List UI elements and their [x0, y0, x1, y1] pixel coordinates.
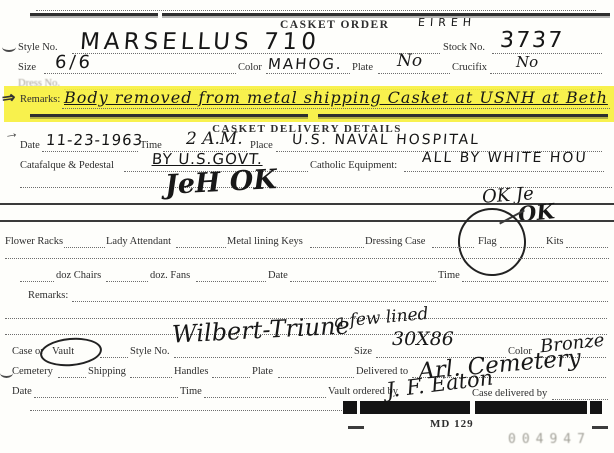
top-rule-left — [30, 13, 158, 16]
vault-style-label: Style No. — [130, 346, 170, 357]
footer-dash-right — [592, 426, 608, 429]
doz-chairs-blank — [106, 269, 148, 282]
delivery-date-value: 11-23-1963 — [45, 131, 143, 149]
approval-scrawl-center: JeH OK — [164, 164, 277, 201]
size-label: Size — [18, 62, 36, 73]
delivered-to-label: Delivered to — [356, 366, 408, 377]
bottom-dotted-line — [30, 398, 342, 411]
case-delivered-by-label: Case delivered by — [472, 388, 547, 399]
solid-rule-2 — [0, 220, 614, 222]
section-rule-left — [30, 114, 308, 117]
vault-plate-label: Plate — [252, 366, 273, 377]
flag-ok-scrawl: OK — [517, 198, 556, 227]
catafalque-label: Catafalque & Pedestal — [20, 160, 114, 171]
cemetery-label: Cemetery — [12, 366, 53, 377]
case-vault-blank — [100, 345, 128, 358]
stock-no-label: Stock No. — [443, 42, 485, 53]
form-title-annotation: EIREH — [418, 16, 477, 29]
plate-label: Plate — [352, 62, 373, 73]
color-label: Color — [238, 62, 262, 73]
vault-circle-annotation — [39, 335, 103, 368]
section-rule-right — [318, 114, 608, 117]
top-rule-right — [162, 13, 610, 16]
remarks-value: Body removed from metal shipping Casket … — [64, 88, 608, 107]
vault-date-label: Date — [12, 386, 32, 397]
remarks-arrow-icon: ⇒ — [1, 87, 17, 109]
style-no-label: Style No. — [18, 42, 58, 53]
cemetery-blank — [58, 365, 86, 378]
archive-stamp-number: 004947 — [508, 432, 591, 447]
top-dotted-rule — [36, 0, 596, 11]
style-no-value: MARSELLUS 710 — [79, 29, 321, 55]
shipping-blank — [130, 365, 172, 378]
vault-size-label: Size — [354, 346, 372, 357]
case-or-label: Case or — [12, 346, 44, 357]
delivery-date2-blank — [290, 269, 436, 282]
vault-time-label: Time — [180, 386, 202, 397]
stock-no-value: 3737 — [499, 28, 565, 53]
delivery-time2-label: Time — [438, 270, 460, 281]
remarks-label: Remarks: — [20, 94, 60, 105]
redaction-bar-1 — [343, 401, 357, 414]
handles-label: Handles — [174, 366, 208, 377]
doz-fans-blank — [196, 269, 266, 282]
delivery-remarks-blank — [72, 289, 608, 302]
date-arrow-icon: → — [3, 125, 21, 144]
doz-chairs-label: doz Chairs — [56, 270, 101, 281]
catholic-equipment-label: Catholic Equipment: — [310, 160, 397, 171]
crucifix-blank — [490, 61, 602, 74]
vault-time-blank — [204, 385, 326, 398]
form-number: MD 129 — [430, 418, 474, 430]
vault-plate-blank — [278, 365, 354, 378]
delivery-date-label: Date — [20, 140, 40, 151]
doz-fans-label: doz. Fans — [150, 270, 190, 281]
redaction-bar-4 — [590, 401, 602, 414]
delivery-place-value: U.S. NAVAL HOSPITAL — [291, 132, 480, 148]
case-delivered-by-blank — [552, 387, 608, 400]
delivery-date2-label: Date — [268, 270, 288, 281]
delivery-remarks-label: Remarks: — [28, 290, 68, 301]
delivery-time2-blank — [462, 269, 608, 282]
handles-blank — [212, 365, 250, 378]
scanned-casket-order-form: CASKET ORDER EIREH Style No. Stock No. M… — [0, 0, 614, 453]
delivery-time-value: 2 A.M. — [186, 129, 243, 149]
vault-date-blank — [34, 385, 178, 398]
redaction-bar-3 — [475, 401, 587, 414]
shipping-label: Shipping — [88, 366, 126, 377]
crucifix-label: Crucifix — [452, 62, 487, 73]
footer-dash-left — [348, 426, 364, 429]
vault-style-blank — [174, 345, 352, 358]
crucifix-value: No — [516, 53, 538, 71]
catholic-equipment-value: ALL BY WHITE HOU — [421, 150, 588, 166]
redaction-bar-2 — [360, 401, 470, 414]
spacer-dotted-line-1 — [5, 246, 609, 259]
size-value: 6/6 — [54, 52, 93, 73]
color-value: MAHOG. — [267, 55, 343, 73]
margin-check-icon — [2, 42, 16, 52]
chairs-qty-blank — [20, 269, 54, 282]
plate-value: No — [397, 51, 422, 71]
